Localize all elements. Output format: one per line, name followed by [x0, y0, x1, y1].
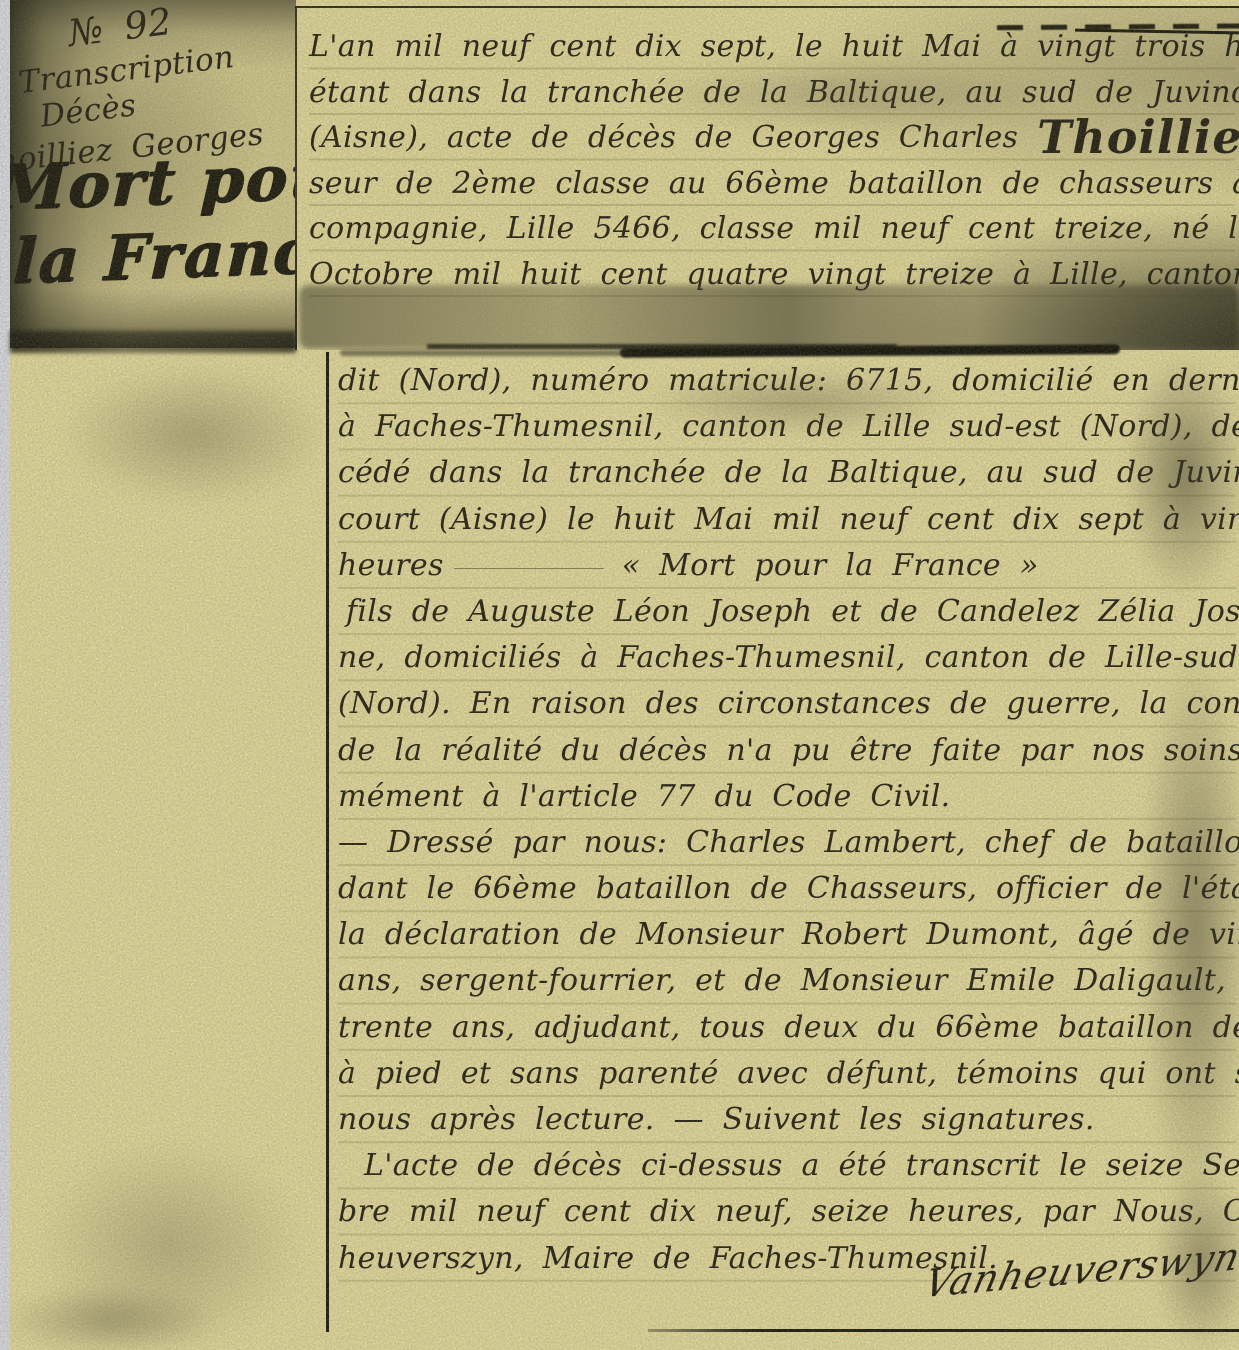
text-segment: heures — [338, 548, 444, 583]
act-body-text: dit (Nord), numéro matricule: 6715, domi… — [338, 358, 1236, 1282]
text-line: heures« Mort pour la France » — [338, 543, 1236, 589]
margin-rule-vertical — [326, 352, 329, 1332]
text-line: étant dans la tranchée de la Baltique, a… — [309, 70, 1235, 116]
bottom-rule — [648, 1329, 1239, 1332]
act-header-text: L'an mil neuf cent dix sept, le huit Mai… — [309, 24, 1235, 297]
text-line: seur de 2ème classe au 66ème bataillon d… — [309, 161, 1235, 207]
ink-smear — [340, 350, 630, 356]
paper-stain — [0, 1285, 220, 1350]
text-segment: (Aisne), acte de décès de Georges Charle… — [309, 120, 1037, 155]
text-line: court (Aisne) le huit Mai mil neuf cent … — [338, 497, 1236, 543]
text-line: dit (Nord), numéro matricule: 6715, domi… — [338, 358, 1236, 404]
text-line: cédé dans la tranchée de la Baltique, au… — [338, 450, 1236, 496]
paper-stain — [35, 1140, 305, 1350]
mort-pour-la-france-mention: « Mort pour la France » — [622, 548, 1039, 583]
text-line: la déclaration de Monsieur Robert Dumont… — [338, 912, 1236, 958]
text-line: mément à l'article 77 du Code Civil. — [338, 774, 1236, 820]
text-line: fils de Auguste Léon Joseph et de Candel… — [338, 589, 1236, 635]
scanned-death-act-page: № 92 Transcription Décès Thoilliez Georg… — [0, 0, 1239, 1350]
text-line: de la réalité du décès n'a pu être faite… — [338, 728, 1236, 774]
text-line: à Faches-Thumesnil, canton de Lille sud-… — [338, 404, 1236, 450]
scanner-edge-strip — [0, 0, 10, 1350]
stamp-line-1: Mort pour — [10, 140, 296, 225]
text-line: — Dressé par nous: Charles Lambert, chef… — [338, 820, 1236, 866]
blank-rule — [454, 567, 604, 569]
scan-smudge-band — [299, 285, 1239, 349]
text-line: à pied et sans parenté avec défunt, témo… — [338, 1051, 1236, 1097]
text-line: (Nord). En raison des circonstances de g… — [338, 681, 1236, 727]
text-line: dant le 66ème bataillon de Chasseurs, of… — [338, 866, 1236, 912]
text-line: (Aisne), acte de décès de Georges Charle… — [309, 115, 1235, 161]
stamp-line-2: la France — [10, 215, 296, 300]
text-line: L'acte de décès ci-dessus a été transcri… — [338, 1143, 1236, 1189]
margin-block-bottom-shadow — [10, 331, 296, 353]
text-line: nous après lecture. — Suivent les signat… — [338, 1097, 1236, 1143]
text-line: ne, domiciliés à Faches-Thumesnil, canto… — [338, 635, 1236, 681]
text-line: bre mil neuf cent dix neuf, seize heures… — [338, 1189, 1236, 1235]
text-line: ans, sergent-fourrier, et de Monsieur Em… — [338, 958, 1236, 1004]
paper-stain — [60, 365, 330, 505]
ink-smear — [620, 344, 1120, 357]
margin-annotation-block: № 92 Transcription Décès Thoilliez Georg… — [10, 0, 296, 348]
act-header-block: L'an mil neuf cent dix sept, le huit Mai… — [295, 6, 1239, 350]
deceased-name: Thoilliez — [1037, 110, 1239, 164]
text-line: trente ans, adjudant, tous deux du 66ème… — [338, 1005, 1236, 1051]
text-line: compagnie, Lille 5466, classe mil neuf c… — [309, 206, 1235, 252]
mort-pour-la-france-stamp: Mort pour la France — [10, 140, 296, 299]
